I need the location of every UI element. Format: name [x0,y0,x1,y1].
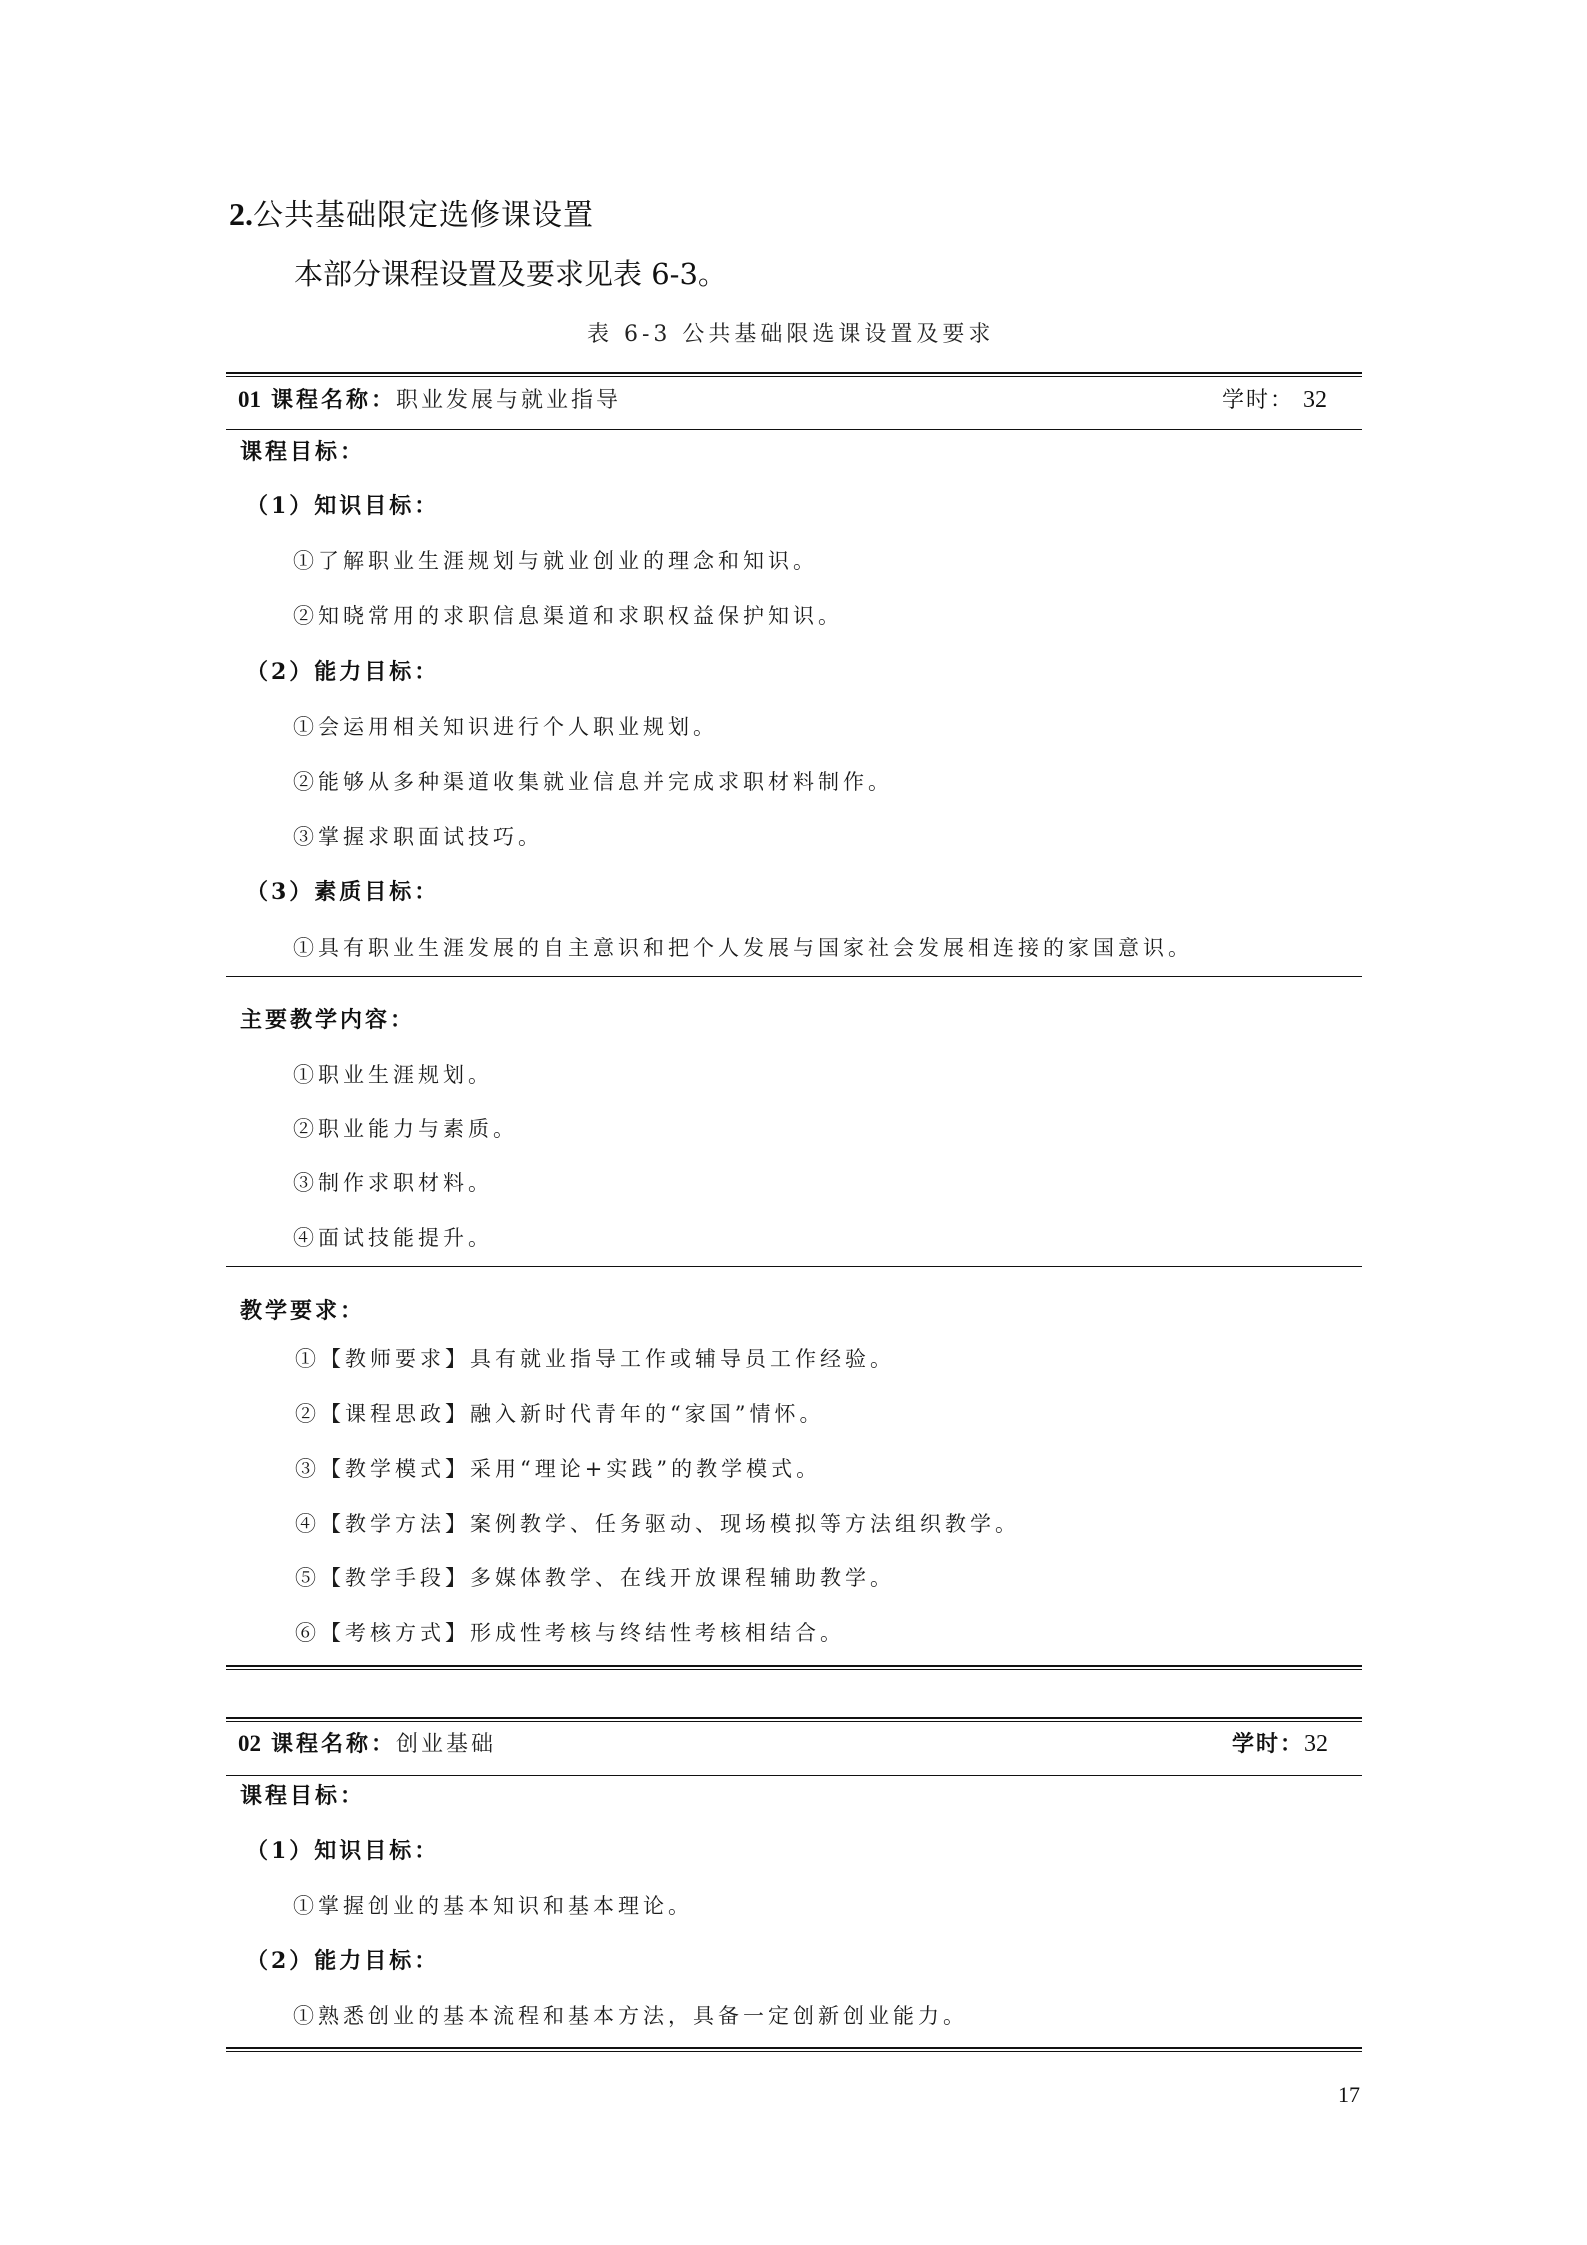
objectives-label: 课程目标： [240,1781,365,1811]
list-item: ①【教师要求】具有就业指导工作或辅导员工作经验。 [295,1344,895,1374]
page-number: 17 [1338,2082,1360,2108]
list-item: ⑥【考核方式】形成性考核与终结性考核相结合。 [295,1618,845,1648]
list-item: ②【课程思政】融入新时代青年的“家国”情怀。 [295,1399,824,1429]
hours-value: 32 [1304,1731,1328,1757]
course-name-label: 课程名称： [271,1731,396,1757]
objective-group-label: （3）素质目标： [246,877,439,907]
content-label: 主要教学内容： [240,1005,415,1035]
list-item: ③【教学模式】采用“理论+实践”的教学模式。 [295,1454,821,1484]
list-item: ①具有职业生涯发展的自主意识和把个人发展与国家社会发展相连接的家国意识。 [293,933,1193,963]
hours-label: 学时： [1222,388,1294,413]
list-item: ①会运用相关知识进行个人职业规划。 [293,712,718,742]
list-item: ④面试技能提升。 [293,1223,493,1253]
list-item: ③制作求职材料。 [293,1168,493,1198]
table1-top-rule [226,372,1362,377]
objectives-label: 课程目标： [240,437,365,467]
section-title: 公共基础限定选修课设置 [253,198,594,233]
table2-row-divider [226,1775,1362,1776]
section-heading: 2.公共基础限定选修课设置 [229,196,594,234]
table1-bottom-rule [226,1665,1362,1670]
list-item: ①掌握创业的基本知识和基本理论。 [293,1891,693,1921]
table1-course-title: 01 课程名称：职业发展与就业指导 [238,385,621,416]
objective-group-label: （2）能力目标： [246,657,439,687]
list-item: ①熟悉创业的基本流程和基本方法，具备一定创新创业能力。 [293,2001,968,2031]
intro-paragraph: 本部分课程设置及要求见表 6-3。 [294,256,727,292]
requirements-label: 教学要求： [240,1296,365,1326]
list-item: ⑤【教学手段】多媒体教学、在线开放课程辅助教学。 [295,1563,895,1593]
list-item: ②能够从多种渠道收集就业信息并完成求职材料制作。 [293,767,893,797]
section-number: 2. [229,196,253,232]
table2-course-title: 02 课程名称：创业基础 [238,1729,496,1760]
hours-label: 学时： [1232,1731,1304,1757]
table2-top-rule [226,1717,1362,1722]
course-number: 02 [238,1731,261,1756]
list-item: ②知晓常用的求职信息渠道和求职权益保护知识。 [293,601,843,631]
course-number: 01 [238,387,261,412]
list-item: ①了解职业生涯规划与就业创业的理念和知识。 [293,546,818,576]
table1-row-divider [226,976,1362,977]
objective-group-label: （1）知识目标： [246,1836,439,1866]
table1-row-divider [226,1266,1362,1267]
table2-bottom-rule [226,2047,1362,2052]
table-caption: 表 6-3 公共基础限选课设置及要求 [587,320,994,350]
table2-hours: 学时：32 [1232,1729,1328,1760]
list-item: ③掌握求职面试技巧。 [293,822,543,852]
objective-group-label: （1）知识目标： [246,491,439,521]
table1-hours: 学时： 32 [1222,385,1327,416]
list-item: ②职业能力与素质。 [293,1114,518,1144]
table1-row-divider [226,429,1362,430]
course-name-label: 课程名称： [271,387,396,413]
list-item: ④【教学方法】案例教学、任务驱动、现场模拟等方法组织教学。 [295,1509,1020,1539]
course-name: 职业发展与就业指导 [396,388,621,413]
list-item: ①职业生涯规划。 [293,1060,493,1090]
hours-value: 32 [1303,387,1327,413]
objective-group-label: （2）能力目标： [246,1946,439,1976]
course-name: 创业基础 [396,1732,496,1757]
